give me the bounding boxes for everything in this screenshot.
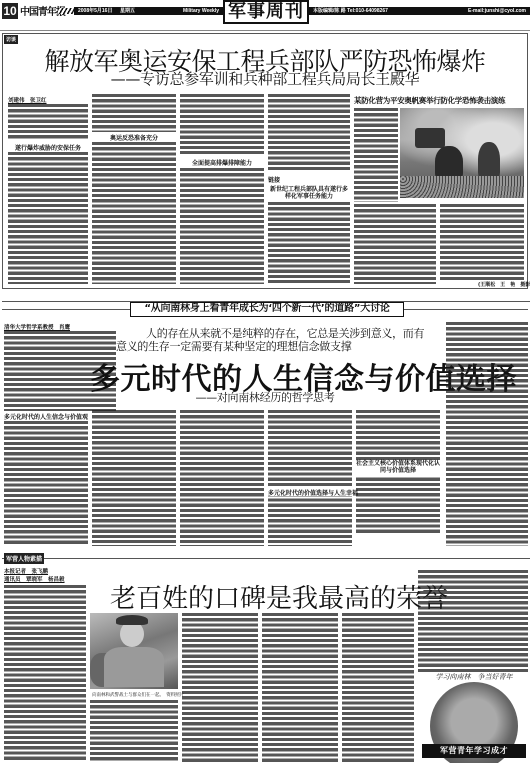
campaign-badge: 学习向南林 争当好青年 军营青年学习成才 — [422, 672, 526, 762]
body-text-column: text — [418, 570, 528, 672]
body-text-column: text — [342, 613, 414, 763]
banner-rule-left — [2, 309, 130, 310]
body-text-column: text — [268, 94, 350, 170]
article-subheadline: ——对向南林经历的哲学思考 — [180, 389, 350, 405]
banner-rule-right — [404, 309, 528, 310]
body-text-column: text — [180, 410, 264, 546]
body-text-column: text — [262, 613, 338, 763]
officer-cap — [116, 615, 148, 625]
body-text-column: text — [354, 108, 398, 202]
contact-bar: 本版编辑/陈 路 Tel:010-64098267 E-mail:junshi@… — [309, 7, 530, 15]
english-title: Military Weekly — [183, 7, 219, 15]
body-text-column: text — [180, 94, 264, 154]
hatch-decoration — [58, 8, 74, 14]
subhead: 全面提高排爆排障能力 — [180, 158, 264, 167]
article-byline: 刘建伟 张卫红 — [8, 96, 47, 104]
article-headline[interactable]: 老百姓的口碑是我最高的荣誉 — [110, 578, 420, 615]
subhead: 遂行爆炸威胁的安保任务 — [8, 143, 88, 152]
page-number: 10 — [2, 3, 18, 19]
link-label: 链接 — [268, 175, 288, 184]
body-text-column: text — [354, 204, 436, 284]
pull-quote: 人的存在从来就不是纯粹的存在，它总是关涉到意义，而有意义的生存一定需要有某种坚定… — [116, 327, 426, 353]
body-text-column: text — [182, 613, 258, 763]
soldier-figure — [435, 146, 463, 180]
body-text-column: text — [92, 410, 176, 546]
body-text-column: text — [440, 204, 524, 280]
body-text-column: text — [90, 700, 178, 762]
article-subheadline: ——专访总参军训和兵种部工程兵局局长王殿华 — [100, 68, 430, 89]
officer-photo[interactable] — [90, 613, 178, 689]
photo-credit: (王顺松 王 艳 摄影报道) — [478, 281, 530, 288]
body-text-column: text — [268, 410, 352, 546]
body-text-column: text — [8, 152, 88, 284]
masthead: 10 中国青年报 2008年5月16日 星期五 Military Weekly … — [0, 0, 530, 30]
body-text-column: text — [8, 104, 88, 140]
sidebar-headline: 新世纪工程兵部队具有遂行多样化军事任务能力 — [268, 186, 350, 200]
column-tag: 军营人物素描 — [4, 553, 44, 564]
subhead: 多元化时代的价值选择与人生幸福 — [268, 488, 352, 496]
body-text-column: text — [4, 585, 86, 761]
issue-weekday: 星期五 — [120, 7, 135, 15]
photo-caption: 向南林和武警战士与群众们在一起。 资料照片 — [92, 692, 184, 698]
body-text-column: text — [268, 202, 350, 284]
subhead: 奥运反恐准备充分 — [92, 133, 176, 142]
rubble-ground — [400, 176, 524, 198]
body-text-column: text — [92, 94, 176, 132]
masthead-rule — [0, 30, 530, 31]
section-rule — [2, 558, 530, 559]
body-text-column: text — [92, 142, 176, 284]
discussion-banner[interactable]: “从向南林身上看青年成长为‘四个新一代’的道路”大讨论 — [130, 302, 404, 317]
badge-slogan: 学习向南林 争当好青年 — [422, 672, 526, 682]
editor-info: 本版编辑/陈 路 Tel:010-64098267 — [313, 7, 388, 15]
section-title: 军事周刊 — [223, 0, 309, 24]
body-text-column: text — [446, 322, 528, 546]
soldier-figure — [478, 142, 500, 180]
badge-band: 军营青年学习成才 — [422, 744, 526, 758]
officer-body — [104, 647, 164, 687]
drill-photo[interactable] — [400, 108, 524, 198]
body-text-column: text — [4, 421, 88, 546]
correspondent-byline: 通讯员 覃晓军 杨昌毅 — [4, 575, 65, 583]
jeep-figure — [415, 128, 445, 148]
reporter-byline: 本报记者 张飞鹏 — [4, 567, 48, 575]
email-address[interactable]: E-mail:junshi@cyol.com — [468, 7, 526, 15]
photo-title: 某防化营为平安奥帆赛举行防化学恐怖袭击演练 — [354, 95, 505, 106]
issue-date: 2008年5月16日 — [78, 7, 112, 15]
article-byline: 清华大学哲学系教授 肖鹰 — [4, 323, 70, 331]
subhead: 社会主义核心价值体系现代化认同与价值选择 — [356, 460, 440, 476]
date-bar: 2008年5月16日 星期五 Military Weekly — [74, 7, 223, 15]
body-text-column: text — [180, 168, 264, 284]
